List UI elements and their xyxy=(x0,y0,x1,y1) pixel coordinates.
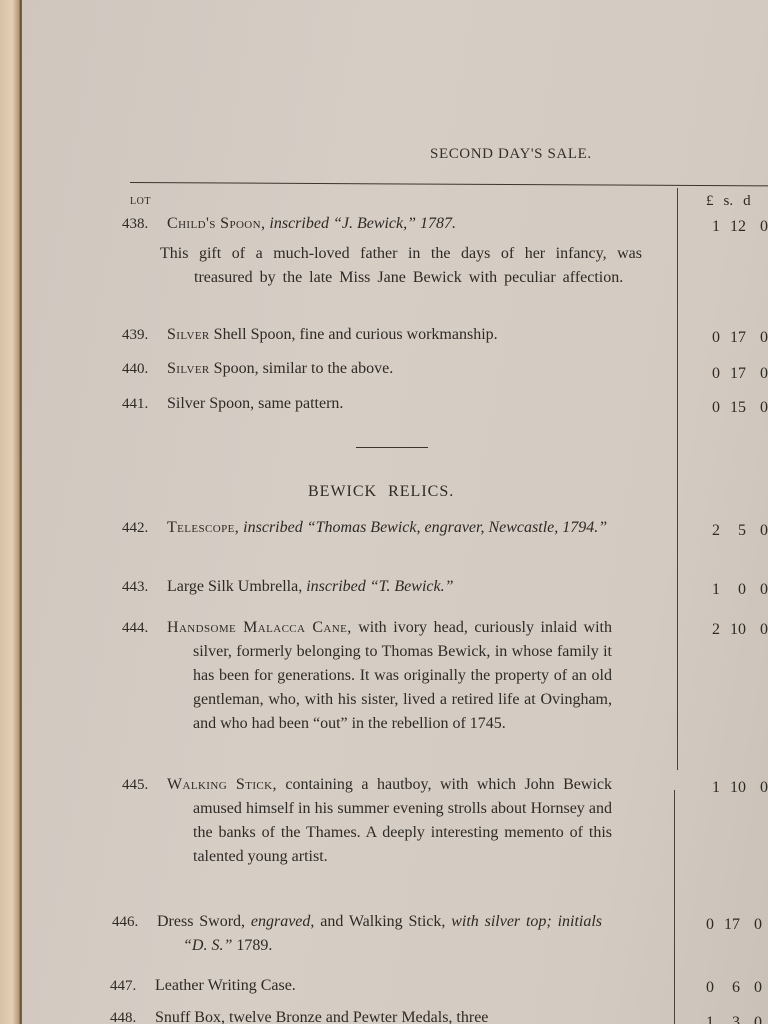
lot-441-price: 0150 xyxy=(706,399,768,417)
lot-title: Walking Stick, xyxy=(167,776,277,793)
section-title: BEWICK RELICS. xyxy=(308,483,454,501)
lot-description: Spoon, similar to the above. xyxy=(210,360,394,377)
price-column-rule-lower xyxy=(674,790,675,1024)
lot-number: 448. xyxy=(110,1006,136,1024)
lot-446-price: 0170 xyxy=(700,916,762,934)
lot-description-italic: engraved xyxy=(251,913,311,930)
lot-number: 442. xyxy=(122,516,148,540)
lot-number: 444. xyxy=(122,616,148,640)
lot-title: Child's Spoon, xyxy=(167,215,265,232)
lot-title: Handsome Malacca Cane, xyxy=(167,619,352,636)
lot-439-price: 0170 xyxy=(706,329,768,347)
lot-description: Shell Spoon, fine and curious workmanshi… xyxy=(210,326,498,343)
lot-440: 440. Silver Spoon, similar to the above. xyxy=(122,357,612,381)
lot-description: 1789. xyxy=(232,937,272,954)
lot-description: , and Walking Stick, xyxy=(310,913,451,930)
lot-445-price: 1100 xyxy=(706,779,768,797)
shillings-header: s. xyxy=(724,193,734,209)
lot-442: 442. Telescope, inscribed “Thomas Bewick… xyxy=(122,516,612,540)
price-column-headers: £s.d xyxy=(706,193,761,210)
lot-number: 447. xyxy=(110,974,136,998)
lot-title: Telescope, xyxy=(167,519,239,536)
lot-438-price: 1120 xyxy=(706,218,768,236)
pence-header: d xyxy=(743,193,751,209)
catalog-page xyxy=(22,0,768,1024)
lot-title: Silver xyxy=(167,326,210,343)
lot-438-note: This gift of a much-loved father in the … xyxy=(160,242,642,290)
lot-number: 443. xyxy=(122,575,148,599)
lot-447: 447. Leather Writing Case. xyxy=(110,974,600,998)
lot-description: Large Silk Umbrella, xyxy=(167,578,306,595)
lot-number: 440. xyxy=(122,357,148,381)
lot-number: 438. xyxy=(122,212,148,236)
price-column-rule xyxy=(677,188,678,770)
lot-441: 441. Silver Spoon, same pattern. xyxy=(122,392,612,416)
running-head: SECOND DAY'S SALE. xyxy=(430,146,592,163)
lot-442-price: 250 xyxy=(706,522,768,540)
book-page-edge xyxy=(0,0,22,1024)
lot-number: 441. xyxy=(122,392,148,416)
lot-443: 443. Large Silk Umbrella, inscribed “T. … xyxy=(122,575,612,599)
lot-446: 446. Dress Sword, engraved, and Walking … xyxy=(112,910,602,958)
lot-443-price: 100 xyxy=(706,581,768,599)
lot-448: 448. Snuff Box, twelve Bronze and Pewter… xyxy=(110,1006,600,1024)
lot-description: Dress Sword, xyxy=(157,913,251,930)
lot-445: 445. Walking Stick, containing a hautboy… xyxy=(122,773,612,869)
lot-438: 438. Child's Spoon, inscribed “J. Bewick… xyxy=(122,212,612,236)
lot-448-price: 130 xyxy=(700,1014,762,1024)
lot-title: Silver xyxy=(167,360,210,377)
lot-444: 444. Handsome Malacca Cane, with ivory h… xyxy=(122,616,612,736)
lot-column-label: LOT xyxy=(130,196,151,207)
lot-number: 446. xyxy=(112,910,138,934)
section-divider xyxy=(356,447,428,448)
lot-description: Leather Writing Case. xyxy=(155,977,296,994)
lot-440-price: 0170 xyxy=(706,365,768,383)
pounds-header: £ xyxy=(706,193,714,209)
lot-439: 439. Silver Shell Spoon, fine and curiou… xyxy=(122,323,612,347)
lot-description: Silver Spoon, same pattern. xyxy=(167,395,343,412)
lot-inscription: inscribed “Thomas Bewick, engraver, Newc… xyxy=(239,519,607,536)
lot-number: 445. xyxy=(122,773,148,797)
lot-447-price: 060 xyxy=(700,979,762,997)
lot-number: 439. xyxy=(122,323,148,347)
lot-444-price: 2100 xyxy=(706,621,768,639)
lot-description: Snuff Box, twelve Bronze and Pewter Meda… xyxy=(155,1009,488,1024)
lot-inscription: inscribed “T. Bewick.” xyxy=(306,578,453,595)
lot-inscription: inscribed “J. Bewick,” 1787. xyxy=(265,215,456,232)
